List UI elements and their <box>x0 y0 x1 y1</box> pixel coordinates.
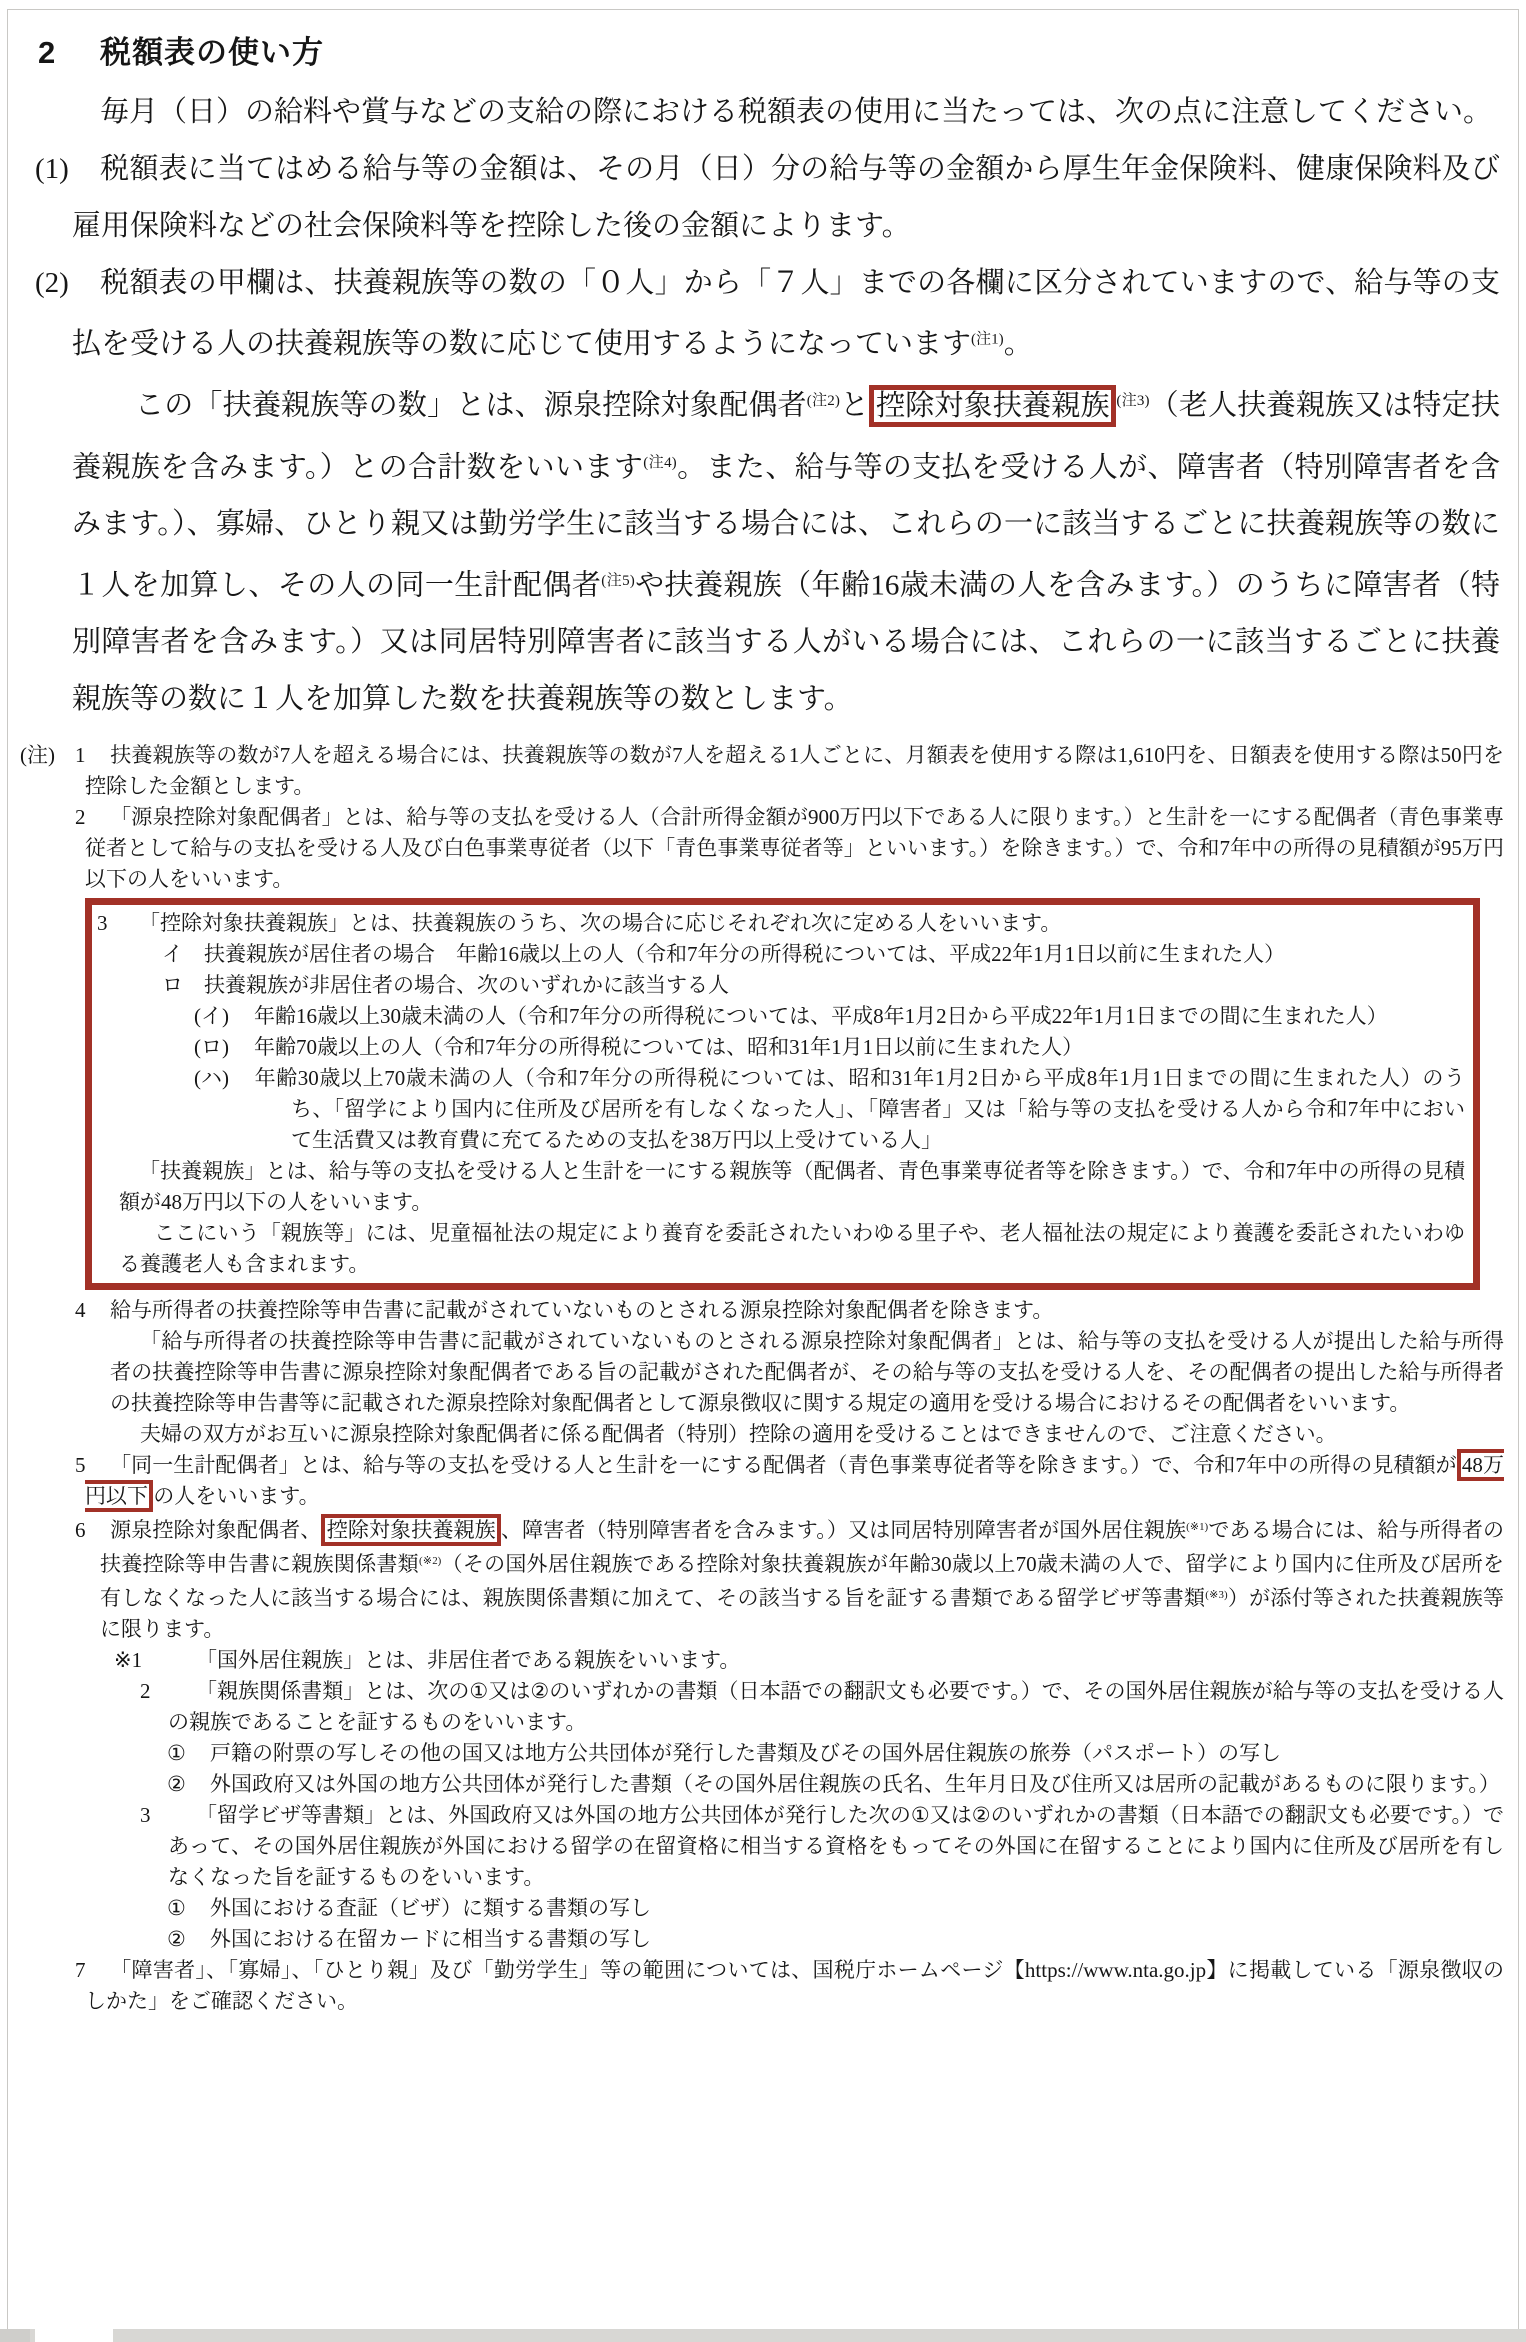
note-1-number: 1 <box>75 740 110 771</box>
text-run: と <box>840 390 869 422</box>
notes-marker: (注) <box>20 740 55 771</box>
note-6-sub-1-text: 「国外居住親族」とは、非居住者である親族をいいます。 <box>196 1648 740 1672</box>
note-7-text: 「障害者」、「寡婦」、「ひとり親」及び「勤労学生」等の範囲については、国税庁ホー… <box>85 1958 1504 2013</box>
note-6-sub-2-item-2-text: 外国政府又は外国の地方公共団体が発行した書類（その国外居住親族の氏名、生年月日及… <box>210 1772 1500 1796</box>
body-section: 毎月（日）の給料や賞与などの支給の際における税額表の使用に当たっては、次の点に注… <box>0 84 1526 728</box>
item-1-label: (1) <box>35 141 100 198</box>
note-3-item-ro-ha: (ハ)年齢30歳以上70歳未満の人（令和7年分の所得税については、昭和31年1月… <box>92 1063 1465 1156</box>
note-6-sub-2-item-1-text: 戸籍の附票の写しその他の国又は地方公共団体が発行した書類及びその国外居住親族の旅… <box>210 1741 1281 1765</box>
note-6-sub-3-text: 「留学ビザ等書類」とは、外国政府又は外国の地方公共団体が発行した次の①又は②のい… <box>168 1803 1504 1889</box>
note-3-item-ro-ro-text: 年齢70歳以上の人（令和7年分の所得税については、昭和31年1月1日以前に生まれ… <box>254 1035 1083 1059</box>
text-run: 「同一生計配偶者」とは、給与等の支払を受ける人と生計を一にする配偶者（青色事業専… <box>110 1453 1457 1477</box>
note-3-item-ro-i-text: 年齢16歳以上30歳未満の人（令和7年分の所得税については、平成8年1月2日から… <box>254 1004 1388 1028</box>
note-3-item-i-marker: イ <box>162 939 204 970</box>
text-run: この「扶養親族等の数」とは、源泉控除対象配偶者 <box>135 390 807 422</box>
note-6-sub-3-marker: 3 <box>140 1800 196 1831</box>
note-3-item-ro-ha-text: 年齢30歳以上70歳未満の人（令和7年分の所得税については、昭和31年1月2日か… <box>254 1066 1465 1152</box>
document-page: 2税額表の使い方 毎月（日）の給料や賞与などの支給の際における税額表の使用に当た… <box>0 0 1526 2342</box>
note-ref-superscript: (注3) <box>1116 393 1149 409</box>
intro-paragraph: 毎月（日）の給料や賞与などの支給の際における税額表の使用に当たっては、次の点に注… <box>0 84 1500 141</box>
note-3-fuyo-paragraph: 「扶養親族」とは、給与等の支払を受ける人と生計を一にする親族等（配偶者、青色事業… <box>92 1156 1465 1218</box>
note-7-number: 7 <box>75 1955 110 1986</box>
note-3-item-ro-ro-marker: (ロ) <box>194 1032 254 1063</box>
note-5-number: 5 <box>75 1450 110 1481</box>
note-6: 6源泉控除対象配偶者、控除対象扶養親族、障害者（特別障害者を含みます。）又は同居… <box>0 1512 1504 1644</box>
note-ref-superscript: (注2) <box>807 393 840 409</box>
note-6-number: 6 <box>75 1515 110 1546</box>
note-6-sub-3-item-2: ②外国における在留カードに相当する書類の写し <box>0 1924 1504 1955</box>
item-1-text: 税額表に当てはめる給与等の金額は、その月（日）分の給与等の金額から厚生年金保険料… <box>72 153 1500 242</box>
text-run: 。 <box>1004 328 1033 360</box>
note-3-item-ro-marker: ロ <box>162 970 204 1001</box>
note-7: 7「障害者」、「寡婦」、「ひとり親」及び「勤労学生」等の範囲については、国税庁ホ… <box>0 1955 1504 2017</box>
note-2-text: 「源泉控除対象配偶者」とは、給与等の支払を受ける人（合計所得金額が900万円以下… <box>85 805 1504 891</box>
item-1: (1)税額表に当てはめる給与等の金額は、その月（日）分の給与等の金額から厚生年金… <box>0 141 1500 255</box>
note-ref-superscript: (※1) <box>1186 1521 1208 1533</box>
note-3-item-ro-i-marker: (イ) <box>194 1001 254 1032</box>
note-2: 2「源泉控除対象配偶者」とは、給与等の支払を受ける人（合計所得金額が900万円以… <box>0 802 1504 895</box>
note-6-sub-3-item-1: ①外国における査証（ビザ）に類する書類の写し <box>0 1893 1504 1924</box>
note-6-text: 源泉控除対象配偶者、控除対象扶養親族、障害者（特別障害者を含みます。）又は同居特… <box>100 1518 1504 1641</box>
note-4-text: 給与所得者の扶養控除等申告書に記載がされていないものとされる源泉控除対象配偶者を… <box>110 1298 1053 1322</box>
note-3-item-ro-ha-marker: (ハ) <box>194 1063 254 1094</box>
note-ref-superscript: (注1) <box>971 332 1004 348</box>
note-ref-superscript: (注4) <box>643 455 676 471</box>
note-1-text: 扶養親族等の数が7人を超える場合には、扶養親族等の数が7人を超える1人ごとに、月… <box>85 743 1504 798</box>
note-3-number: 3 <box>97 908 139 939</box>
next-page-edge-cap <box>0 2329 30 2342</box>
text-run: の人をいいます。 <box>153 1484 319 1508</box>
notes-section: (注)1扶養親族等の数が7人を超える場合には、扶養親族等の数が7人を超える1人ご… <box>0 740 1526 2016</box>
next-page-edge-notch <box>35 2329 113 2342</box>
note-4-number: 4 <box>75 1295 110 1326</box>
heading-title: 税額表の使い方 <box>100 35 324 70</box>
note-ref-superscript: (注5) <box>601 573 634 589</box>
note-6-sub-1-marker: ※1 <box>114 1645 196 1676</box>
page-content: 2税額表の使い方 毎月（日）の給料や賞与などの支給の際における税額表の使用に当た… <box>0 0 1526 2017</box>
text-run: 、障害者（特別障害者を含みます。）又は同居特別障害者が国外居住親族 <box>501 1518 1186 1542</box>
note-4: 4給与所得者の扶養控除等申告書に記載がされていないものとされる源泉控除対象配偶者… <box>0 1295 1504 1326</box>
note-3-item-i-text: 扶養親族が居住者の場合 年齢16歳以上の人（令和7年分の所得税については、平成2… <box>204 942 1285 966</box>
note-3-head: 3「控除対象扶養親族」とは、扶養親族のうち、次の場合に応じそれぞれ次に定める人を… <box>92 908 1465 939</box>
note-ref-superscript: (※3) <box>1205 1589 1227 1601</box>
text-run: 税額表の甲欄は、扶養親族等の数の「０人」から「７人」までの各欄に区分されています… <box>72 267 1500 360</box>
note-6-sub-3-item-2-text: 外国における在留カードに相当する書類の写し <box>210 1927 651 1951</box>
note-6-sub-2-item-1: ①戸籍の附票の写しその他の国又は地方公共団体が発行した書類及びその国外居住親族の… <box>0 1738 1504 1769</box>
note-4-paragraph-3: 夫婦の双方がお互いに源泉控除対象配偶者に係る配偶者（特別）控除の適用を受けること… <box>0 1419 1504 1450</box>
note-6-sub-3-item-1-text: 外国における査証（ビザ）に類する書類の写し <box>210 1896 651 1920</box>
note-3-head-text: 「控除対象扶養親族」とは、扶養親族のうち、次の場合に応じそれぞれ次に定める人をい… <box>139 911 1061 935</box>
section-heading: 2税額表の使い方 <box>0 30 1526 76</box>
item-2-subparagraph: この「扶養親族等の数」とは、源泉控除対象配偶者(注2)と控除対象扶養親族(注3)… <box>0 373 1500 728</box>
text-run: 源泉控除対象配偶者、 <box>110 1518 321 1542</box>
note-3-item-ro-ro: (ロ)年齢70歳以上の人（令和7年分の所得税については、昭和31年1月1日以前に… <box>92 1032 1465 1063</box>
note-3-item-ro-i: (イ)年齢16歳以上30歳未満の人（令和7年分の所得税については、平成8年1月2… <box>92 1001 1465 1032</box>
note-6-sub-2-item-2: ②外国政府又は外国の地方公共団体が発行した書類（その国外居住親族の氏名、生年月日… <box>0 1769 1504 1800</box>
note-3-item-ro-text: 扶養親族が非居住者の場合、次のいずれかに該当する人 <box>204 973 729 997</box>
note-3-sato-paragraph: ここにいう「親族等」には、児童福祉法の規定により養育を委託されたいわゆる里子や、… <box>92 1218 1465 1280</box>
note-2-number: 2 <box>75 802 110 833</box>
item-2: (2)税額表の甲欄は、扶養親族等の数の「０人」から「７人」までの各欄に区分されて… <box>0 255 1500 373</box>
note-ref-superscript: (※2) <box>419 1555 441 1567</box>
circled-2-marker: ② <box>167 1769 210 1800</box>
circled-1-marker: ① <box>167 1738 210 1769</box>
note-4-paragraph-2: 「給与所得者の扶養控除等申告書に記載がされていないものとされる源泉控除対象配偶者… <box>0 1326 1504 1419</box>
note-6-sub-3: 3「留学ビザ等書類」とは、外国政府又は外国の地方公共団体が発行した次の①又は②の… <box>0 1800 1504 1893</box>
note-3-item-i: イ扶養親族が居住者の場合 年齢16歳以上の人（令和7年分の所得税については、平成… <box>92 939 1465 970</box>
heading-number: 2 <box>38 30 100 76</box>
circled-1-marker: ① <box>167 1893 210 1924</box>
note-5: 5「同一生計配偶者」とは、給与等の支払を受ける人と生計を一にする配偶者（青色事業… <box>0 1450 1504 1512</box>
item-2-text: 税額表の甲欄は、扶養親族等の数の「０人」から「７人」までの各欄に区分されています… <box>72 267 1500 360</box>
note-3-item-ro: ロ扶養親族が非居住者の場合、次のいずれかに該当する人 <box>92 970 1465 1001</box>
note-5-text: 「同一生計配偶者」とは、給与等の支払を受ける人と生計を一にする配偶者（青色事業専… <box>85 1449 1504 1512</box>
circled-2-marker: ② <box>167 1924 210 1955</box>
note-6-sub-2-marker: 2 <box>140 1676 196 1707</box>
note-3-highlight-box: 3「控除対象扶養親族」とは、扶養親族のうち、次の場合に応じそれぞれ次に定める人を… <box>85 898 1480 1290</box>
note-6-sub-1: ※1「国外居住親族」とは、非居住者である親族をいいます。 <box>0 1645 1504 1676</box>
next-page-edge <box>0 2329 1526 2342</box>
note-6-sub-2: 2「親族関係書類」とは、次の①又は②のいずれかの書類（日本語での翻訳文も必要です… <box>0 1676 1504 1738</box>
item-2-label: (2) <box>35 255 100 312</box>
red-highlight-box: 控除対象扶養親族 <box>869 385 1116 427</box>
note-6-sub-2-text: 「親族関係書類」とは、次の①又は②のいずれかの書類（日本語での翻訳文も必要です。… <box>168 1679 1504 1734</box>
red-highlight-box: 控除対象扶養親族 <box>321 1514 501 1546</box>
note-1: (注)1扶養親族等の数が7人を超える場合には、扶養親族等の数が7人を超える1人ご… <box>0 740 1504 802</box>
